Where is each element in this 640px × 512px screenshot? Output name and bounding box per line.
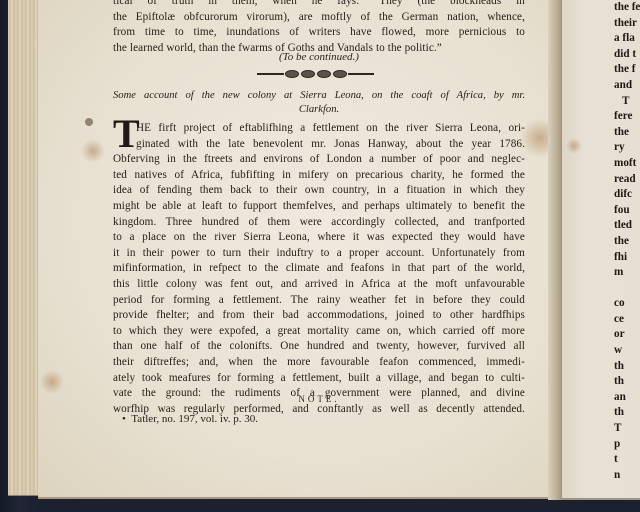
text-line: from time to time, inundations of writer… <box>113 25 525 41</box>
text-line: might be able at leaft to fupport themfe… <box>113 199 525 215</box>
text-fragment: ce <box>614 312 640 328</box>
text-line: ginated with the late benevolent mr. Jon… <box>113 137 525 153</box>
footnote-marker: • <box>122 413 131 425</box>
text-line: HE firft project of eftablifhing a fettl… <box>113 121 525 137</box>
text-line: period for forming a fettlement. The rai… <box>113 293 525 309</box>
text-fragment: the <box>614 125 640 141</box>
text-line: provide fhelter; and from their bad acco… <box>113 308 525 324</box>
foxing-stain <box>566 138 582 154</box>
text-fragment: moft <box>614 156 640 172</box>
text-line: the Epiftolæ obfcurorum virorum), are mo… <box>113 10 525 26</box>
text-fragment: read <box>614 172 640 188</box>
text-line: mifinformation, in refpect to the climat… <box>113 261 525 277</box>
foxing-stain <box>40 370 64 394</box>
heading-line: Clarkfon. <box>113 103 525 117</box>
text-fragment: difc <box>614 187 640 203</box>
text-fragment: tled <box>614 218 640 234</box>
text-fragment: T <box>614 421 640 437</box>
text-fragment: the fe <box>614 0 640 16</box>
text-fragment: an <box>614 390 640 406</box>
heading-line: Some account of the new colony at Sierra… <box>113 89 525 103</box>
text-line: Obferving in the ftreets and environs of… <box>113 152 525 168</box>
section-divider-ornament <box>257 70 374 78</box>
text-fragment: p <box>614 437 640 453</box>
text-fragment: a fla <box>614 31 640 47</box>
foxing-stain <box>80 140 106 162</box>
divider-bead <box>285 70 299 78</box>
text-fragment: m <box>614 265 640 281</box>
text-fragment: the f <box>614 62 640 78</box>
text-fragment: t <box>614 452 640 468</box>
text-line: to which they were expofed, a great mort… <box>113 324 525 340</box>
text-fragment: the <box>614 234 640 250</box>
text-fragment: or <box>614 327 640 343</box>
text-fragment: fou <box>614 203 640 219</box>
footnote-text: Tatler, no. 197, vol. iv. p. 30. <box>131 413 258 425</box>
text-fragment: fhi <box>614 250 640 266</box>
text-line: tical of truth in them, when he fays: “T… <box>113 0 525 10</box>
text-fragment: th <box>614 359 640 375</box>
divider-rule <box>348 73 375 75</box>
text-fragment <box>614 281 640 297</box>
text-line: ately took meafures for forming a fettle… <box>113 371 525 387</box>
text-fragment: w <box>614 343 640 359</box>
divider-rule <box>257 73 284 75</box>
article-body: HE firft project of eftablifhing a fettl… <box>113 121 525 417</box>
text-fragment: did t <box>614 47 640 63</box>
text-line: it in their power to turn their induftry… <box>113 246 525 262</box>
article-heading: Some account of the new colony at Sierra… <box>113 89 525 117</box>
divider-bead <box>317 70 331 78</box>
text-fragment: co <box>614 296 640 312</box>
divider-bead <box>333 70 347 78</box>
text-fragment: n <box>614 468 640 484</box>
text-line: to a place on the river Sierra Leona, wh… <box>113 230 525 246</box>
text-line: this little colony was fent out, and arr… <box>113 277 525 293</box>
text-fragment: fere <box>614 109 640 125</box>
text-line: their diftreffes; and, when the more fav… <box>113 355 525 371</box>
text-fragment: ry <box>614 140 640 156</box>
continuation-paragraph: tical of truth in them, when he fays: “T… <box>113 0 525 56</box>
text-fragment: and <box>614 78 640 94</box>
text-line: ted natives of Africa, fubfifting in mif… <box>113 168 525 184</box>
right-page-text-fragments: the fe their a fla did t the f and T fer… <box>614 0 640 483</box>
text-line: than one half of the colonifts. One hund… <box>113 339 525 355</box>
text-fragment: th <box>614 374 640 390</box>
to-be-continued-note: (To be continued.) <box>113 51 525 63</box>
divider-bead <box>301 70 315 78</box>
text-fragment: their <box>614 16 640 32</box>
text-fragment: th <box>614 405 640 421</box>
footnote: • Tatler, no. 197, vol. iv. p. 30. <box>122 413 258 425</box>
text-line: kingdom. Three hundred of them were acco… <box>113 215 525 231</box>
text-fragment: T <box>614 94 640 110</box>
note-heading: NOTE. <box>113 394 525 404</box>
foxing-spot <box>85 118 93 126</box>
text-line: idea of fending them back to their own c… <box>113 183 525 199</box>
